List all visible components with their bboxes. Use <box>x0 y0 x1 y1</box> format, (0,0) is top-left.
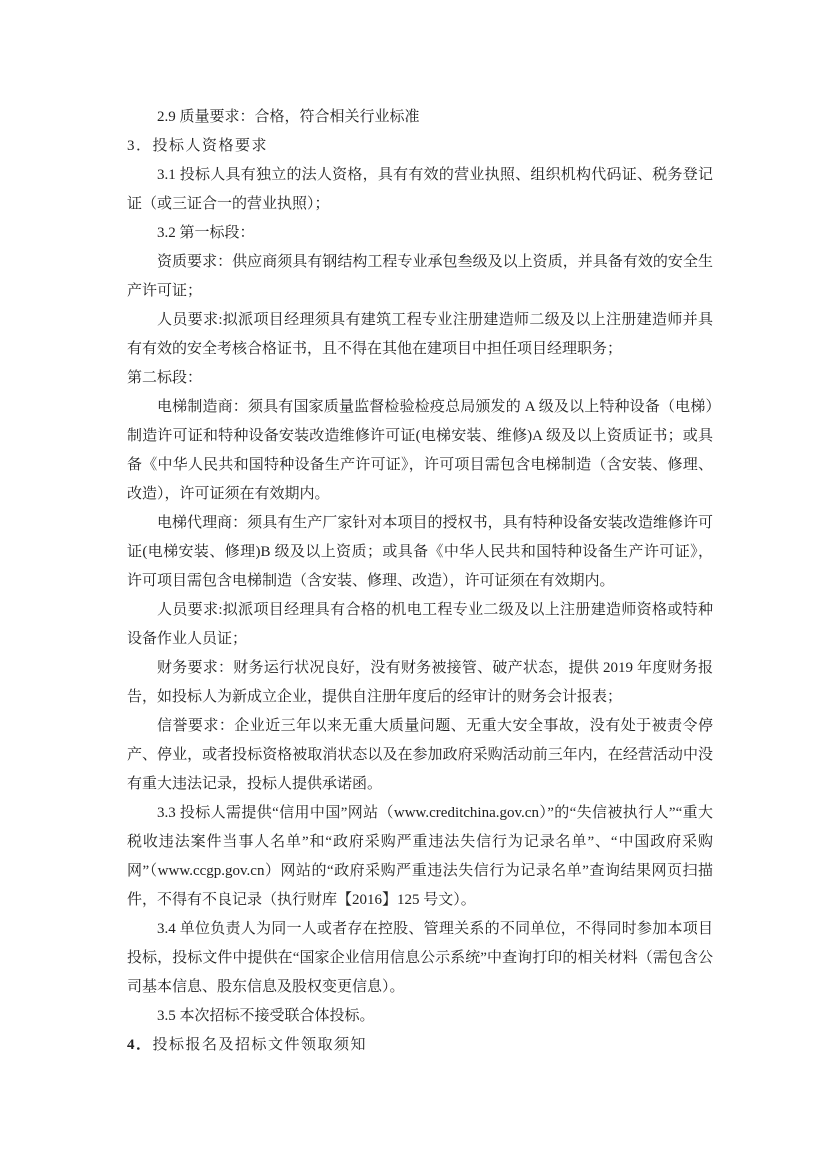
text-run: 电梯制造商：须具有国家质量监督检验检疫总局颁发的 A 级及以上特种设备（电梯）制… <box>127 399 713 502</box>
text-run: 人员要求:拟派项目经理具有合格的机电工程专业二级及以上注册建造师资格或特种设备作… <box>127 602 713 647</box>
paragraph: 3.1 投标人具有独立的法人资格，具有有效的营业执照、组织机构代码证、税务登记证… <box>127 161 713 219</box>
text-run: 人员要求:拟派项目经理须具有建筑工程专业注册建造师二级及以上注册建造师并具有有效… <box>127 312 713 357</box>
paragraph: 3.3 投标人需提供“信用中国”网站（www.creditchina.gov.c… <box>127 799 713 915</box>
text-run: 投标报名及招标文件领取须知 <box>153 1037 368 1053</box>
document-body: 2.9 质量要求：合格，符合相关行业标准3．投标人资格要求3.1 投标人具有独立… <box>0 0 827 1060</box>
text-run: 电梯代理商：须具有生产厂家针对本项目的授权书，具有特种设备安装改造维修许可证(电… <box>127 515 713 589</box>
paragraph: 人员要求:拟派项目经理具有合格的机电工程专业二级及以上注册建造师资格或特种设备作… <box>127 596 713 654</box>
text-run: 2.9 质量要求：合格，符合相关行业标准 <box>157 109 420 125</box>
paragraph: 信誉要求：企业近三年以来无重大质量问题、无重大安全事故，没有处于被责令停产、停业… <box>127 712 713 799</box>
text-run: 信誉要求：企业近三年以来无重大质量问题、无重大安全事故，没有处于被责令停产、停业… <box>127 718 713 792</box>
paragraph: 人员要求:拟派项目经理须具有建筑工程专业注册建造师二级及以上注册建造师并具有有效… <box>127 306 713 364</box>
text-run: 资质要求：供应商须具有钢结构工程专业承包叁级及以上资质，并具备有效的安全生产许可… <box>127 254 713 299</box>
section-heading: 4．投标报名及招标文件领取须知 <box>127 1031 713 1060</box>
text-run: 第二标段： <box>127 370 202 386</box>
text-run: 3．投标人资格要求 <box>127 138 268 154</box>
document-page: 2.9 质量要求：合格，符合相关行业标准3．投标人资格要求3.1 投标人具有独立… <box>0 0 827 1169</box>
text-run: 3.5 本次招标不接受联合体投标。 <box>157 1008 375 1024</box>
section-number: 4． <box>127 1037 153 1053</box>
text-run: 3.3 投标人需提供“信用中国”网站（www.creditchina.gov.c… <box>127 805 713 908</box>
text-run: 财务要求：财务运行状况良好，没有财务被接管、破产状态，提供 2019 年度财务报… <box>127 660 713 705</box>
paragraph: 3.2 第一标段： <box>127 219 713 248</box>
text-run: 3.1 投标人具有独立的法人资格，具有有效的营业执照、组织机构代码证、税务登记证… <box>127 167 713 212</box>
paragraph: 电梯制造商：须具有国家质量监督检验检疫总局颁发的 A 级及以上特种设备（电梯）制… <box>127 393 713 509</box>
section-heading: 3．投标人资格要求 <box>127 132 713 161</box>
paragraph: 2.9 质量要求：合格，符合相关行业标准 <box>127 103 713 132</box>
paragraph: 资质要求：供应商须具有钢结构工程专业承包叁级及以上资质，并具备有效的安全生产许可… <box>127 248 713 306</box>
paragraph: 第二标段： <box>127 364 713 393</box>
paragraph: 3.5 本次招标不接受联合体投标。 <box>127 1002 713 1031</box>
paragraph: 3.4 单位负责人为同一人或者存在控股、管理关系的不同单位，不得同时参加本项目投… <box>127 915 713 1002</box>
paragraph: 财务要求：财务运行状况良好，没有财务被接管、破产状态，提供 2019 年度财务报… <box>127 654 713 712</box>
paragraph: 电梯代理商：须具有生产厂家针对本项目的授权书，具有特种设备安装改造维修许可证(电… <box>127 509 713 596</box>
text-run: 3.4 单位负责人为同一人或者存在控股、管理关系的不同单位，不得同时参加本项目投… <box>127 921 713 995</box>
text-run: 3.2 第一标段： <box>157 225 255 241</box>
